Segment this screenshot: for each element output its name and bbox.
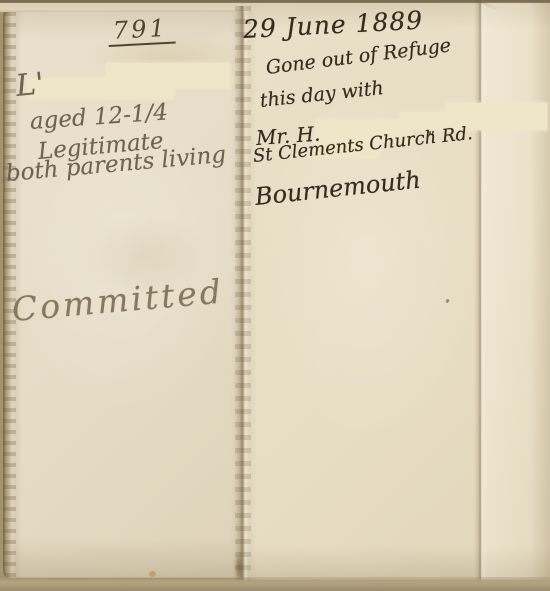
bottom-page-edge <box>0 577 550 591</box>
document-photo: 791 L' aged 12-1/4 Legitimate both paren… <box>0 0 550 591</box>
name-initial: L' <box>14 66 46 104</box>
center-fold-crease <box>235 6 251 584</box>
stain <box>149 571 156 577</box>
redaction-patch <box>28 78 174 99</box>
case-number: 791 <box>107 14 175 47</box>
right-folded-panel <box>484 2 550 582</box>
right-fold-crease <box>474 0 486 591</box>
top-edge-shadow <box>0 0 550 3</box>
